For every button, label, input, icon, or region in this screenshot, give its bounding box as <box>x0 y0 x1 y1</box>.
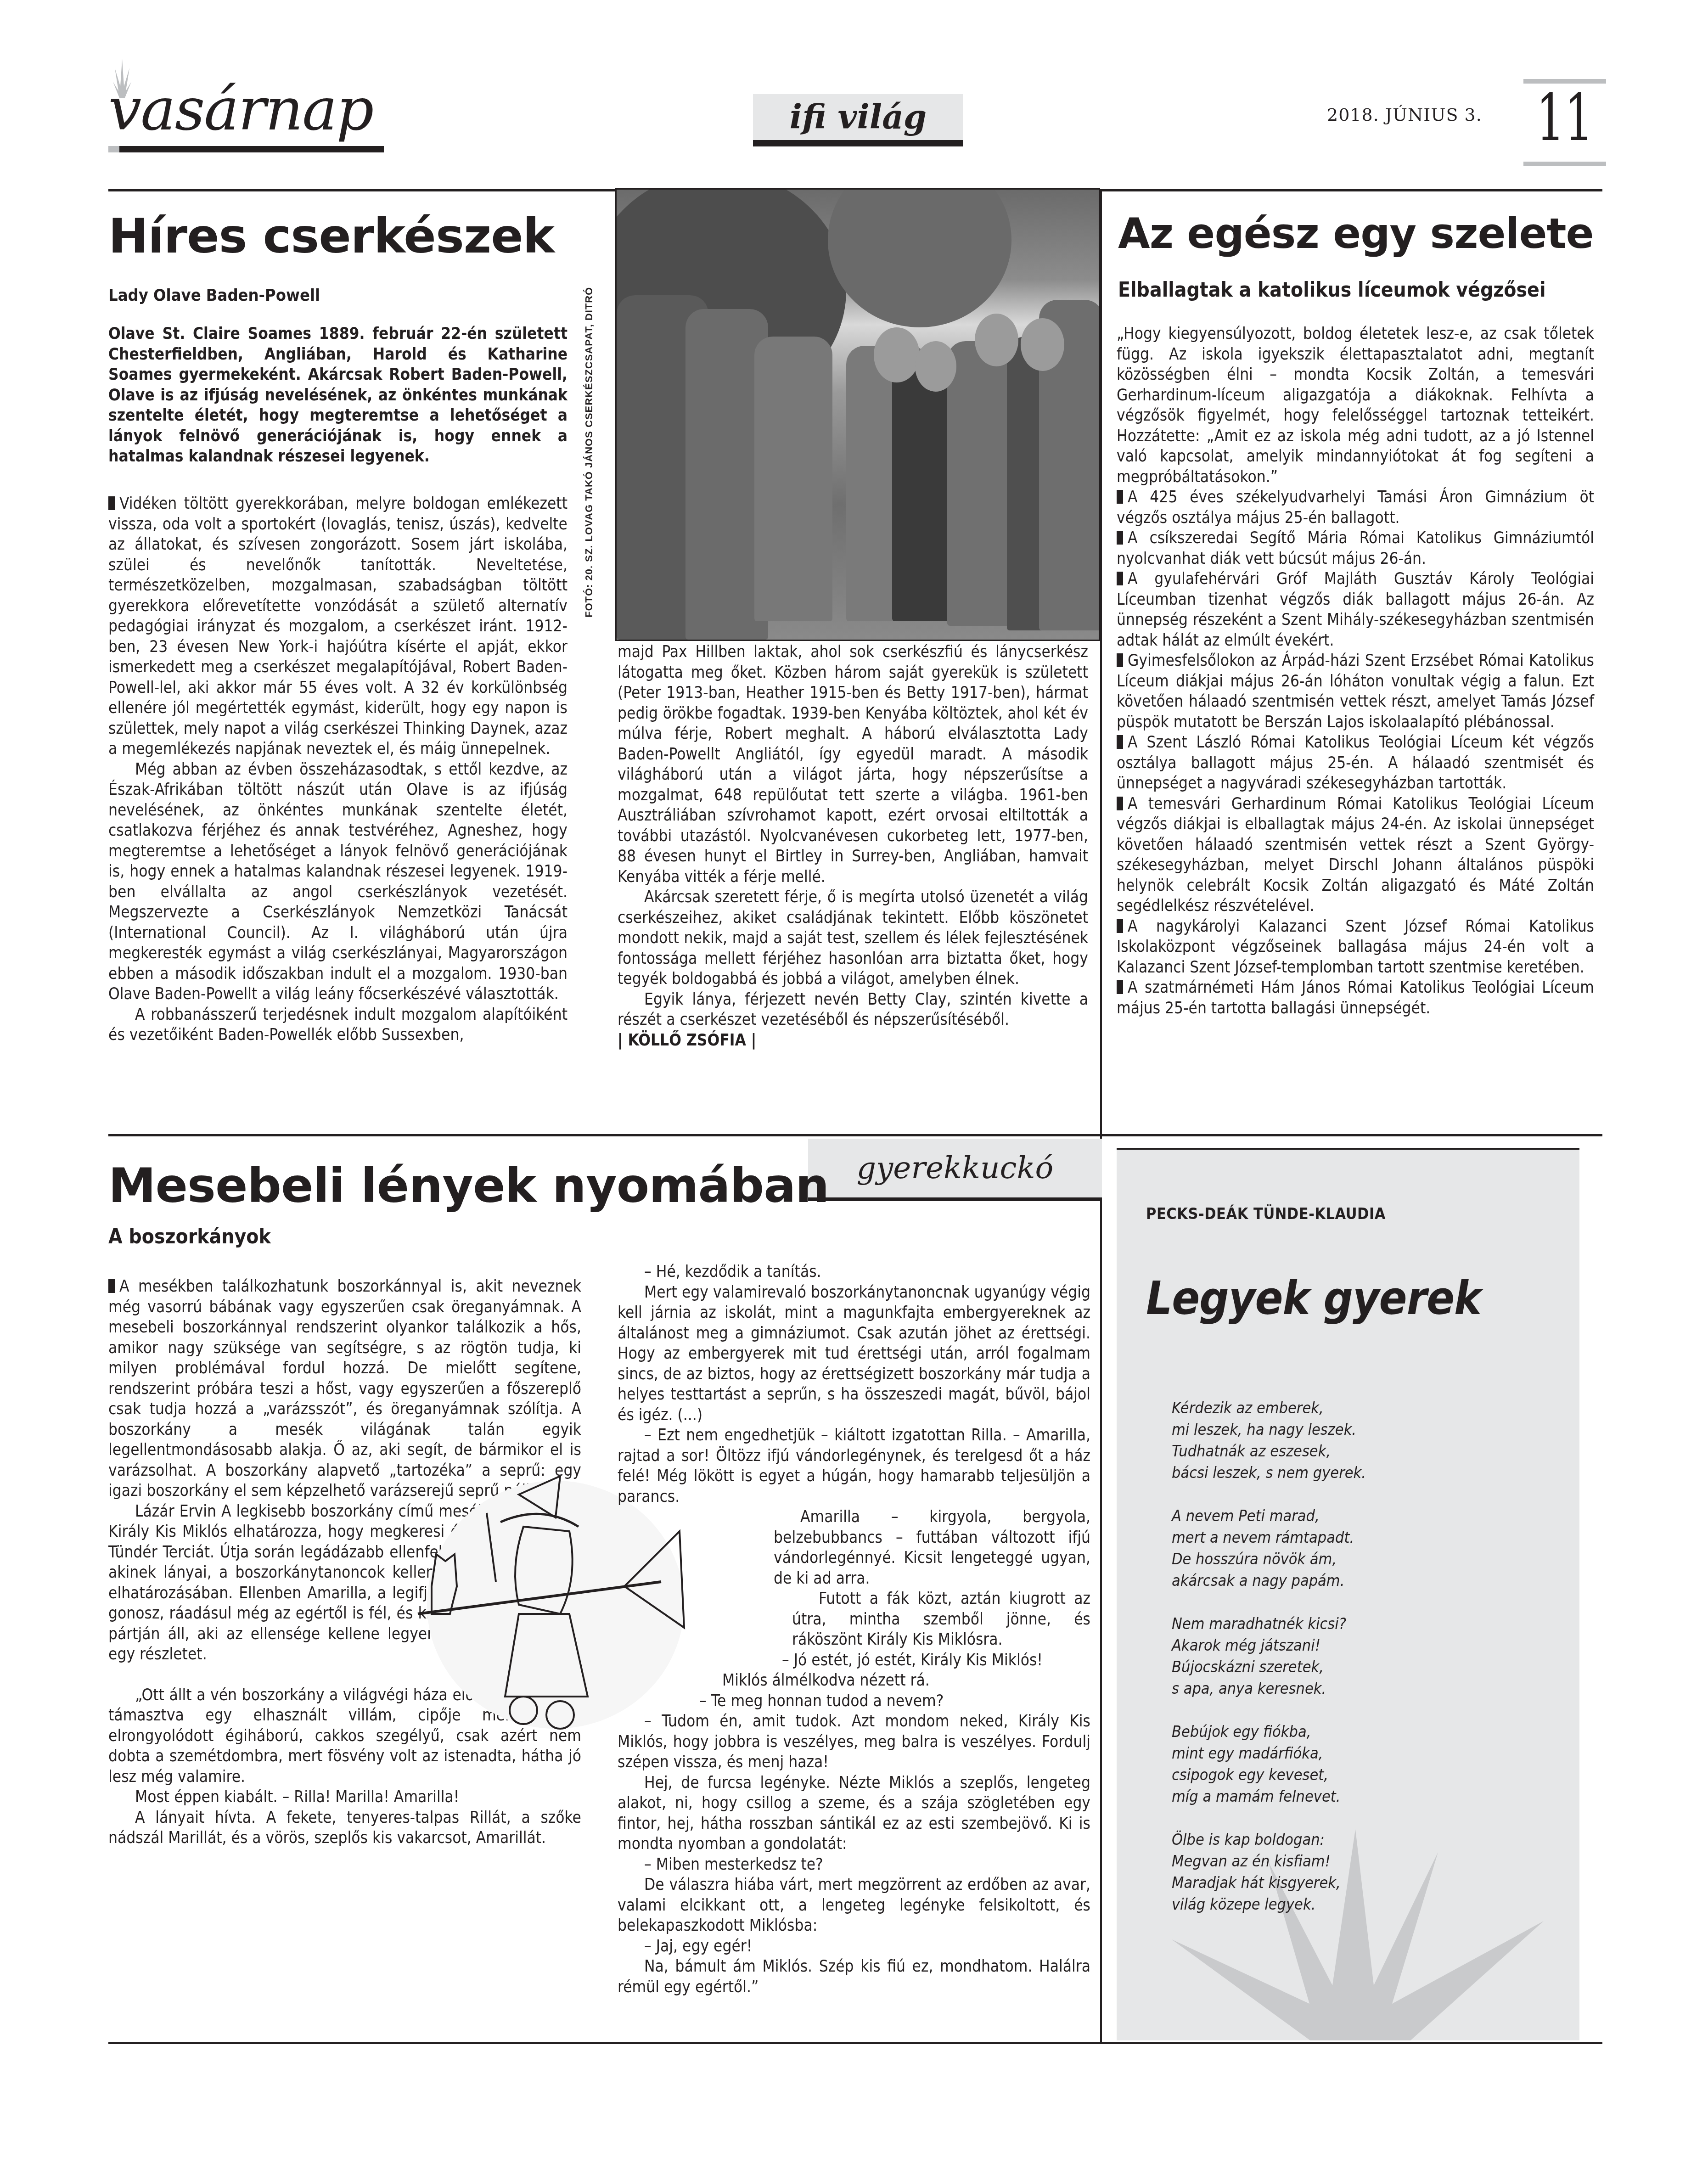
news-item: A nagykárolyi Kalazanci Szent József Róm… <box>1117 916 1594 978</box>
quote-paragraph: – Te meg honnan tudod a nevem? <box>673 1691 1090 1712</box>
news-item: A csíkszeredai Segítő Mária Római Katoli… <box>1117 528 1594 569</box>
poem-line: Megvan az én kisfiam! <box>1172 1851 1366 1872</box>
author-byline: | KÖLLŐ ZSÓFIA | <box>618 1030 1088 1051</box>
poem-stanza: Kérdezik az emberek, mi leszek, ha nagy … <box>1172 1398 1366 1484</box>
poem-line: Nem maradhatnék kicsi? <box>1172 1613 1366 1635</box>
poem-line: mi leszek, ha nagy leszek. <box>1172 1419 1366 1441</box>
quote-paragraph: Futott a fák közt, aztán kiugrott az útr… <box>792 1589 1090 1650</box>
photo-credit: FOTÓ: 20. SZ. LOVAG TAKÓ JÁNOS CSERKÉSZC… <box>583 181 595 618</box>
poem-line: mert a nevem rámtapadt. <box>1172 1527 1366 1549</box>
quote-paragraph: A lányait hívta. A fekete, tenyeres-talp… <box>108 1808 581 1849</box>
paragraph: A mesékben találkozhatunk boszorkánnyal … <box>108 1276 581 1501</box>
photo-face <box>915 341 956 392</box>
poem-line: A nevem Peti marad, <box>1172 1506 1366 1527</box>
article-body-col2: majd Pax Hillben laktak, ahol sok cserké… <box>618 642 1088 1051</box>
section-tab-gyerekkucko: gyerekkuckó <box>808 1139 1102 1201</box>
poem-title: Legyek gyerek <box>1146 1271 1481 1325</box>
quote-paragraph: Miklós álmélkodva nézett rá. <box>696 1670 1090 1691</box>
page-number: 11 <box>1536 82 1594 155</box>
poem-line: Bebújok egy fiókba, <box>1172 1721 1366 1743</box>
scouts-photo[interactable] <box>615 188 1100 641</box>
poem-line: Bújocskázni szeretek, <box>1172 1657 1366 1678</box>
quote-paragraph: Most éppen kiabált. – Rilla! Marilla! Am… <box>108 1787 581 1808</box>
poem-line: Kérdezik az emberek, <box>1172 1398 1366 1419</box>
poem-line: Ölbe is kap boldogan: <box>1172 1829 1366 1851</box>
news-item: A szatmárnémeti Hám János Római Katoliku… <box>1117 978 1594 1018</box>
article-title: Az egész egy szelete <box>1118 214 1594 255</box>
newspaper-logo[interactable]: vasárnap <box>108 80 373 139</box>
footer-divider <box>108 2042 1602 2044</box>
article-subtitle: A boszorkányok <box>108 1227 271 1247</box>
poem-stanza: A nevem Peti marad, mert a nevem rámtapa… <box>1172 1506 1366 1592</box>
poem-stanza: Ölbe is kap boldogan: Megvan az én kisfi… <box>1172 1829 1366 1916</box>
poem-line: világ közepe legyek. <box>1172 1894 1366 1916</box>
news-item: A gyulafehérvári Gróf Majláth Gusztáv Ká… <box>1117 569 1594 651</box>
poem-line: Maradjak hát kisgyerek, <box>1172 1872 1366 1894</box>
article-title: Mesebeli lények nyomában <box>108 1162 829 1209</box>
paragraph: Egyik lánya, férjezett nevén Betty Clay,… <box>618 989 1088 1030</box>
article-subtitle: Lady Olave Baden-Powell <box>108 287 320 304</box>
poem-box: PECKS-DEÁK TÜNDE-KLAUDIA Legyek gyerek K… <box>1117 1148 1579 2040</box>
poem-stanza: Nem maradhatnék kicsi? Akarok még játsza… <box>1172 1613 1366 1700</box>
quote-paragraph: Amarilla – kirgyola, bergyola, belzebubb… <box>774 1507 1090 1589</box>
news-item: A 425 éves székelyudvarhelyi Tamási Áron… <box>1117 487 1594 528</box>
article-lead: Olave St. Claire Soames 1889. február 22… <box>108 324 567 467</box>
photo-tree <box>828 188 1011 327</box>
poem-text: Kérdezik az emberek, mi leszek, ha nagy … <box>1172 1398 1366 1937</box>
poem-line: bácsi leszek, s nem gyerek. <box>1172 1462 1366 1484</box>
photo-face <box>975 314 1018 366</box>
quote-paragraph: Mert egy valamirevaló boszorkánytanoncna… <box>618 1282 1090 1426</box>
issue-date: 2018. JÚNIUS 3. <box>1327 105 1482 125</box>
photo-person <box>754 337 832 621</box>
paragraph: Akárcsak szeretett férje, ő is megírta u… <box>618 887 1088 989</box>
paragraph: Még abban az évben összeházasodtak, s et… <box>108 759 567 1005</box>
quote-paragraph: – Jó estét, jó estét, Király Kis Miklós! <box>755 1650 1090 1671</box>
paragraph: A robbanásszerű terjedésnek indult mozga… <box>108 1005 567 1045</box>
poem-author: PECKS-DEÁK TÜNDE-KLAUDIA <box>1146 1205 1386 1223</box>
section-divider <box>108 1134 1102 1136</box>
paragraph: Vidéken töltött gyerekkorában, melyre bo… <box>108 494 567 759</box>
poem-line: Akarok még játszani! <box>1172 1635 1366 1657</box>
photo-face <box>874 327 920 382</box>
article-body: „Hogy kiegyensúlyozott, boldog életetek … <box>1117 324 1594 1018</box>
logo-underline-accent <box>108 146 119 152</box>
poem-line: csipogok egy keveset, <box>1172 1764 1366 1786</box>
poem-line: De hosszúra növök ám, <box>1172 1549 1366 1570</box>
news-item: A Szent László Római Katolikus Teológiai… <box>1117 732 1594 794</box>
logo-underline <box>108 146 384 152</box>
quote-paragraph: Hej, de furcsa legényke. Nézte Miklós a … <box>618 1773 1090 1854</box>
news-item: A temesvári Gerhardinum Római Katolikus … <box>1117 794 1594 916</box>
quote-paragraph: – Ezt nem engedhetjük – kiáltott izgatot… <box>618 1425 1090 1507</box>
poem-line: s apa, anya keresnek. <box>1172 1678 1366 1700</box>
poem-line: mint egy madárfióka, <box>1172 1743 1366 1764</box>
quote-paragraph: – Tudom én, amit tudok. Azt mondom neked… <box>618 1711 1090 1773</box>
article-body-col2: – Hé, kezdődik a tanítás. Mert egy valam… <box>618 1262 1090 1997</box>
poem-line: míg a mamám felnevet. <box>1172 1786 1366 1808</box>
poem-line: Tudhatnák az eszesek, <box>1172 1441 1366 1462</box>
column-divider <box>1100 1120 1102 2043</box>
quote-paragraph: – Jaj, egy egér! <box>618 1936 1090 1957</box>
section-label: ifi világ <box>753 94 963 146</box>
quote-paragraph: De válaszra hiába várt, mert megzörrent … <box>618 1875 1090 1936</box>
quote-paragraph: – Miben mesterkedsz te? <box>618 1854 1090 1875</box>
photo-face <box>1021 318 1064 371</box>
article-subtitle: Elballagtak a katolikus líceumok végzőse… <box>1118 280 1545 300</box>
quote-paragraph: – Hé, kezdődik a tanítás. <box>618 1262 1090 1282</box>
poem-line: akárcsak a nagy papám. <box>1172 1570 1366 1592</box>
article-title: Híres cserkészek <box>108 212 554 260</box>
quote-paragraph: Na, bámult ám Miklós. Szép kis fiú ez, m… <box>618 1956 1090 1997</box>
poem-stanza: Bebújok egy fiókba, mint egy madárfióka,… <box>1172 1721 1366 1808</box>
section-divider <box>1102 1134 1602 1136</box>
news-item: Gyimesfelsőlokon az Árpád-házi Szent Erz… <box>1117 651 1594 732</box>
paragraph: majd Pax Hillben laktak, ahol sok cserké… <box>618 642 1088 887</box>
column-divider <box>1100 189 1102 1134</box>
paragraph: „Hogy kiegyensúlyozott, boldog életetek … <box>1117 324 1594 487</box>
article-body-col1: Vidéken töltött gyerekkorában, melyre bo… <box>108 494 567 1045</box>
